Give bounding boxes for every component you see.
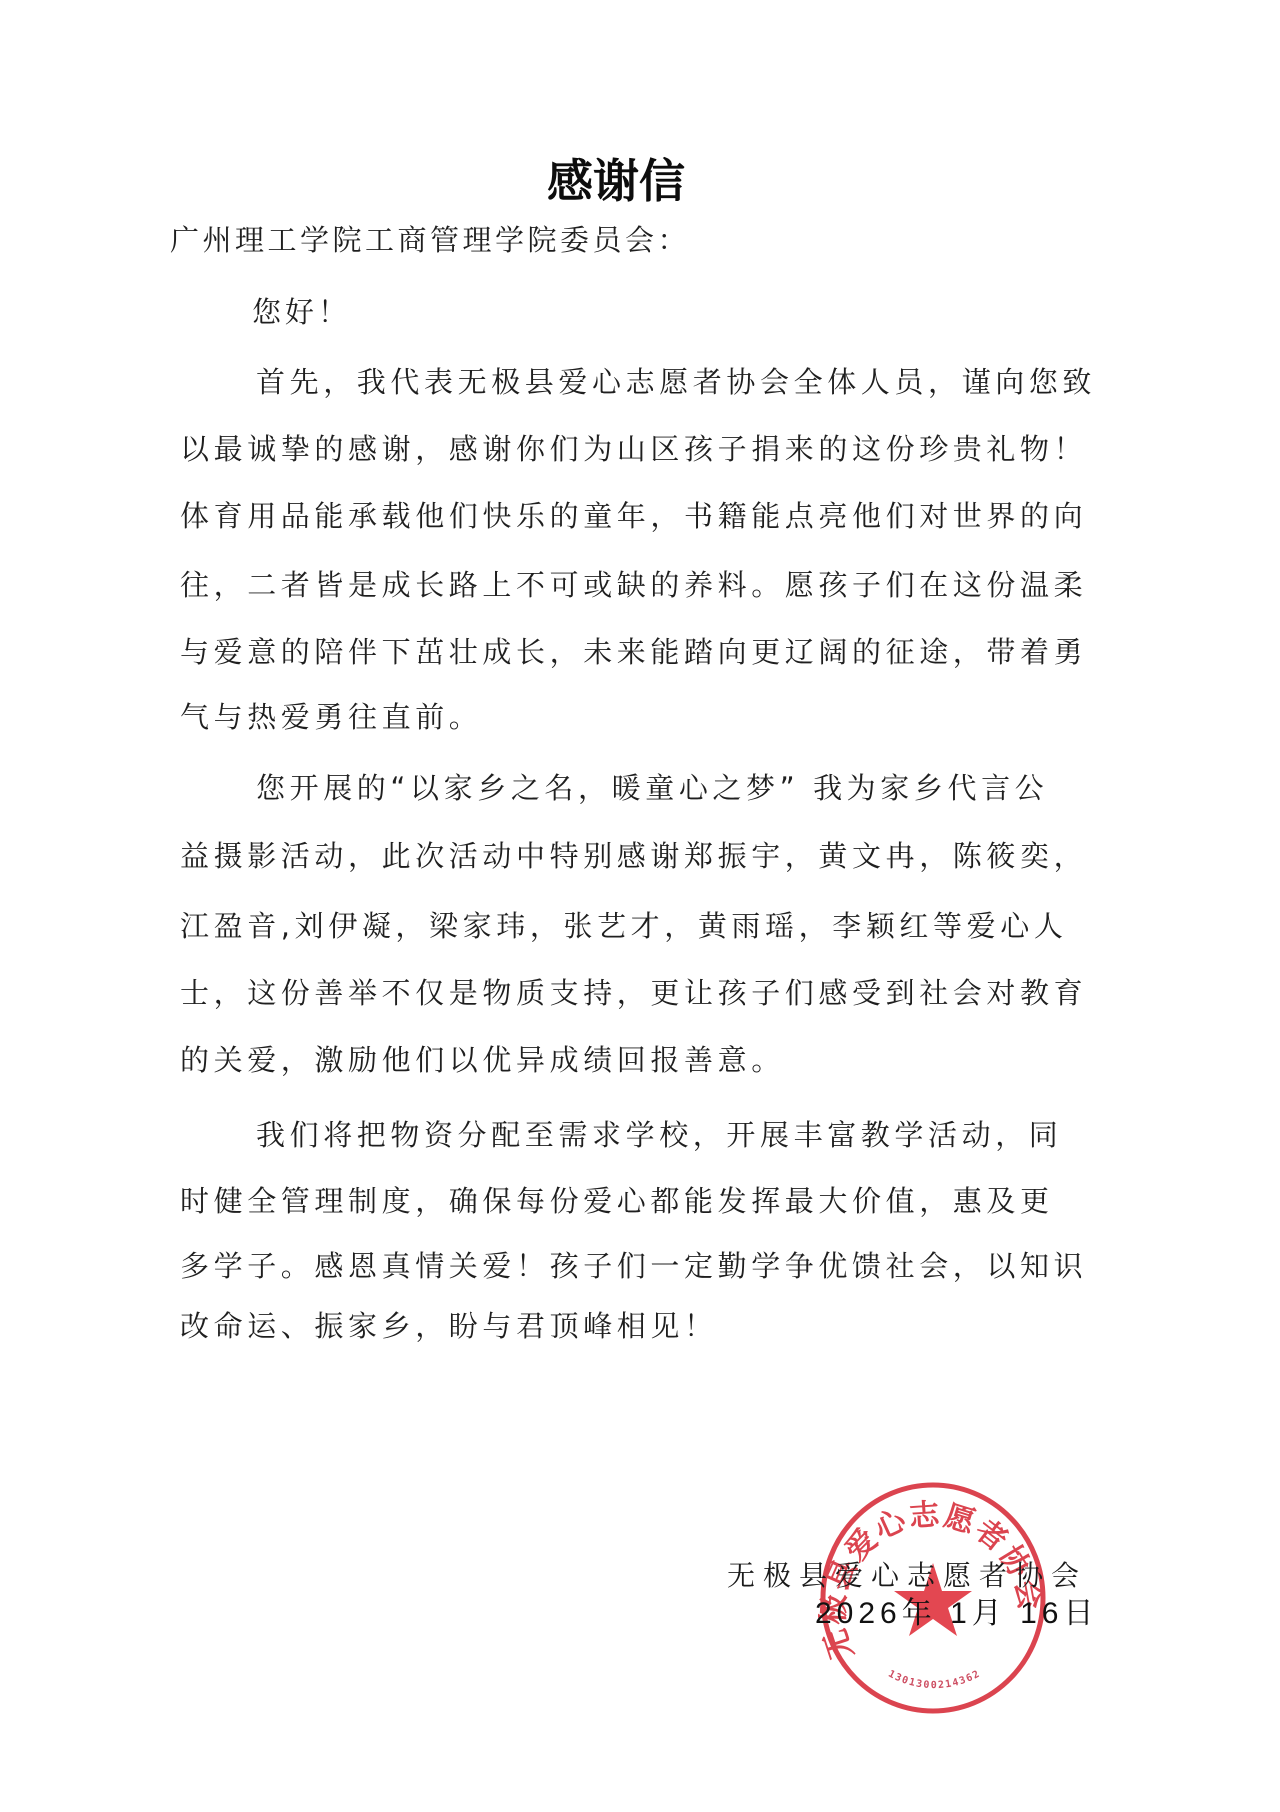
paragraph-line: 多学子。感恩真情关爱！孩子们一定勤学争优馈社会，以知识 (180, 1250, 1087, 1282)
paragraph-line: 我们将把物资分配至需求学校，开展丰富教学活动，同 (256, 1119, 1062, 1151)
paragraph-line: 的关爱，激励他们以优异成绩回报善意。 (180, 1044, 785, 1076)
paragraph-line: 江盈音,刘伊凝，梁家玮，张艺才，黄雨瑶，李颖红等爱心人 (180, 910, 1067, 942)
paragraph-line: 益摄影活动，此次活动中特别感谢郑振宇，黄文冉，陈筱奕， (180, 840, 1087, 872)
paragraph-line: 以最诚挚的感谢，感谢你们为山区孩子捐来的这份珍贵礼物！ (180, 433, 1087, 465)
paragraph-line: 往，二者皆是成长路上不可或缺的养料。愿孩子们在这份温柔 (180, 569, 1087, 601)
signature-organization: 无极县爱心志愿者协会 (727, 1560, 1087, 1592)
letter-page: 感谢信 广州理工学院工商管理学院委员会： 您好！ 首先，我代表无极县爱心志愿者协… (0, 0, 1280, 1812)
paragraph-line: 气与热爱勇往直前。 (180, 701, 482, 733)
paragraph-line: 改命运、振家乡，盼与君顶峰相见！ (180, 1310, 718, 1342)
paragraph-line: 首先，我代表无极县爱心志愿者协会全体人员，谨向您致 (256, 366, 1096, 398)
paragraph-line: 体育用品能承载他们快乐的童年，书籍能点亮他们对世界的向 (180, 500, 1087, 532)
seal-serial-number: 1301300214362 (886, 1668, 982, 1691)
letter-title: 感谢信 (0, 156, 1232, 206)
paragraph-line: 时健全管理制度，确保每份爱心都能发挥最大价值，惠及更 (180, 1185, 1054, 1217)
paragraph-line: 您开展的“以家乡之名，暖童心之梦” 我为家乡代言公 (256, 772, 1048, 804)
paragraph-line: 与爱意的陪伴下茁壮成长，未来能踏向更辽阔的征途，带着勇 (180, 636, 1087, 668)
letter-salutation: 广州理工学院工商管理学院委员会： (170, 224, 690, 256)
paragraph-line: 士，这份善举不仅是物质支持，更让孩子们感受到社会对教育 (180, 977, 1087, 1009)
signature-date: 2026年 1月 16日 (815, 1598, 1098, 1630)
letter-greeting: 您好！ (252, 296, 351, 328)
